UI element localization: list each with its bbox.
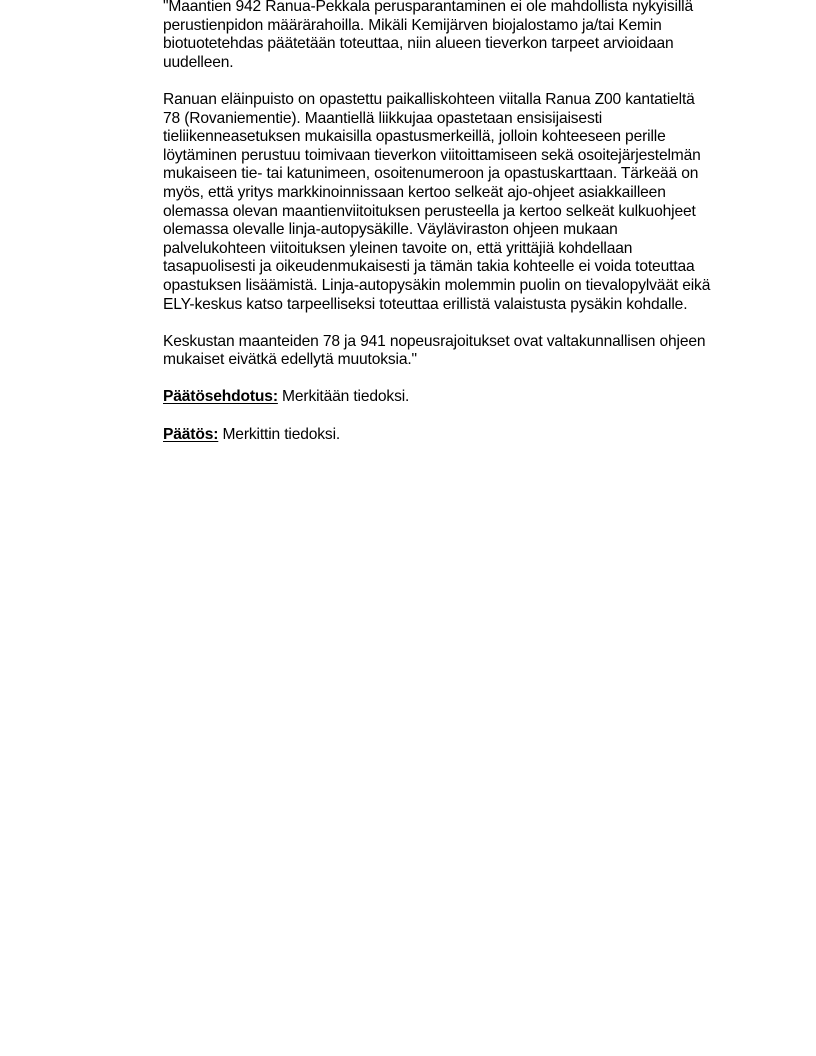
decision-label: Päätös: — [163, 426, 218, 443]
statement-paragraph-2: Ranuan eläinpuisto on opastettu paikalli… — [163, 91, 753, 314]
decision: Päätös: Merkittin tiedoksi. — [163, 426, 753, 445]
decision-proposal: Päätösehdotus: Merkitään tiedoksi. — [163, 388, 753, 407]
text-line: olemassa olevan maantienviitoituksen per… — [163, 203, 753, 222]
document-page: "Maantien 942 Ranua-Pekkala perusparanta… — [163, 0, 753, 463]
text-line: tieliikenneasetuksen mukaisilla opastusm… — [163, 128, 753, 147]
text-line: biotuotetehdas päätetään toteuttaa, niin… — [163, 35, 753, 54]
text-line: löytäminen perustuu toimivaan tieverkon … — [163, 147, 753, 166]
text-line: opastuksen lisäämistä. Linja-autopysäkin… — [163, 277, 753, 296]
text-line: uudelleen. — [163, 54, 753, 73]
text-line: Keskustan maanteiden 78 ja 941 nopeusraj… — [163, 333, 753, 352]
text-line: mukaiset eivätkä edellytä muutoksia." — [163, 351, 753, 370]
text-line: palvelukohteen viitoituksen yleinen tavo… — [163, 240, 753, 259]
text-line: myös, että yritys markkinoinnissaan kert… — [163, 184, 753, 203]
text-line: ELY-keskus katso tarpeelliseksi toteutta… — [163, 296, 753, 315]
text-line: Ranuan eläinpuisto on opastettu paikalli… — [163, 91, 753, 110]
text-line: perustienpidon määrärahoilla. Mikäli Kem… — [163, 17, 753, 36]
decision-proposal-text: Merkitään tiedoksi. — [278, 388, 409, 405]
decision-text: Merkittin tiedoksi. — [218, 426, 340, 443]
text-line: mukaiseen tie- tai katunimeen, osoitenum… — [163, 165, 753, 184]
statement-paragraph-3: Keskustan maanteiden 78 ja 941 nopeusraj… — [163, 333, 753, 370]
decision-proposal-label: Päätösehdotus: — [163, 388, 278, 405]
text-line: "Maantien 942 Ranua-Pekkala perusparanta… — [163, 0, 753, 17]
text-line: tasapuolisesti ja oikeudenmukaisesti ja … — [163, 258, 753, 277]
text-line: olemassa olevalle linja-autopysäkille. V… — [163, 221, 753, 240]
statement-paragraph-1: "Maantien 942 Ranua-Pekkala perusparanta… — [163, 0, 753, 72]
text-line: 78 (Rovaniementie). Maantiellä liikkujaa… — [163, 110, 753, 129]
